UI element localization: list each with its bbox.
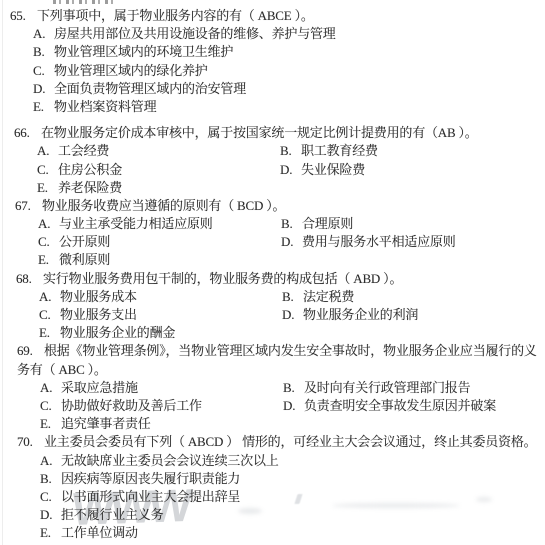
question-67: 67.物业服务收费应当遵循的原则有（ BCD ）。 A.与业主承受能力相适应原则… (0, 197, 545, 270)
option-row: A.无故缺席业主委员会会议连续三次以上 (0, 452, 545, 470)
option-label: D. (282, 306, 303, 324)
option-text: 工作单位调动 (61, 524, 138, 542)
option-text: 协助做好救助及善后工作 (61, 397, 202, 415)
option-label: B. (281, 215, 302, 233)
option-label: C. (37, 161, 58, 179)
option-text: 物业管理区域内的绿化养护 (54, 62, 208, 80)
question-65: 65.下列事项中，属于物业服务内容的有（ ABCE ）。 A.房屋共用部位及共用… (0, 7, 545, 116)
option-b: B.法定税费 (282, 288, 354, 306)
option-label: B. (33, 43, 54, 61)
option-label: E. (39, 324, 60, 342)
option-label: B. (283, 379, 304, 397)
option-e: E.工作单位调动 (40, 524, 138, 542)
option-label: B. (280, 142, 301, 160)
option-label: C. (40, 397, 61, 415)
option-text: 追究肇事者责任 (61, 415, 151, 433)
option-text: 物业管理区域内的环境卫生维护 (54, 43, 233, 61)
option-d: D.失业保险费 (280, 161, 365, 179)
option-text: 费用与服务水平相适应原则 (302, 233, 456, 251)
option-label: E. (38, 251, 59, 269)
option-a: A.工会经费 (37, 142, 280, 160)
question-66: 66.在物业服务定价成本审核中，属于按国家统一规定比例计提费用的有（AB ）。 … (0, 124, 545, 197)
option-a: A.房屋共用部位及共用设施设备的维修、养护与管理 (33, 25, 336, 43)
option-text: 房屋共用部位及共用设施设备的维修、养护与管理 (54, 25, 336, 43)
option-row: D.拒不履行业主义务 (0, 506, 545, 524)
option-row: C.住房公积金 D.失业保险费 (0, 161, 545, 179)
option-row: E.追究肇事者责任 (0, 415, 545, 433)
option-text: 全面负责物管理区域内的治安管理 (54, 80, 246, 98)
option-label: A. (33, 25, 54, 43)
option-e: E.养老保险费 (37, 179, 280, 197)
option-text: 失业保险费 (301, 161, 365, 179)
option-row: C.协助做好救助及善后工作 D.负责查明安全事故发生原因并破案 (0, 397, 545, 415)
option-c: C.以书面形式向业主大会提出辞呈 (40, 488, 240, 506)
option-text: 物业服务企业的酬金 (60, 324, 175, 342)
option-e: E.物业档案资料管理 (33, 98, 156, 116)
option-c: C.住房公积金 (37, 161, 280, 179)
option-row: C.物业管理区域内的绿化养护 (0, 62, 545, 80)
option-row: C.物业服务支出 D.物业服务企业的利润 (0, 306, 545, 324)
option-row: D.全面负责物管理区域内的治安管理 (0, 80, 545, 98)
question-stem-text: 务有（ ABC ）。 (17, 362, 107, 377)
option-row: B.物业管理区域内的环境卫生维护 (0, 43, 545, 61)
question-stem-text: 物业服务收费应当遵循的原则有（ BCD ）。 (42, 198, 285, 213)
option-label: A. (40, 379, 61, 397)
question-number: 65. (10, 7, 37, 25)
question-stem-text: 在物业服务定价成本审核中，属于按国家统一规定比例计提费用的有（AB ）。 (41, 125, 478, 140)
option-text: 因疾病等原因丧失履行职责能力 (61, 470, 240, 488)
option-a: A.无故缺席业主委员会会议连续三次以上 (40, 452, 279, 470)
option-b: B.物业管理区域内的环境卫生维护 (33, 43, 233, 61)
option-text: 物业档案资料管理 (54, 98, 156, 116)
question-number: 67. (15, 197, 42, 215)
option-row: B.因疾病等原因丧失履行职责能力 (0, 470, 545, 488)
option-a: A.与业主承受能力相适应原则 (38, 215, 281, 233)
option-row: E.物业服务企业的酬金 (0, 324, 545, 342)
question-stem: 65.下列事项中，属于物业服务内容的有（ ABCE ）。 (0, 7, 545, 25)
option-text: 合理原则 (302, 215, 353, 233)
option-b: B.职工教育经费 (280, 142, 378, 160)
question-70: 70.业主委员会委员有下列（ ABCD ） 情形的，可经业主大会会议通过，终止其… (0, 433, 545, 542)
option-label: D. (281, 233, 302, 251)
option-row: E.工作单位调动 (0, 524, 545, 542)
option-text: 负责查明安全事故发生原因并破案 (304, 397, 496, 415)
option-text: 微利原则 (59, 251, 110, 269)
question-stem: 67.物业服务收费应当遵循的原则有（ BCD ）。 (0, 197, 545, 215)
option-a: A.采取应急措施 (40, 379, 283, 397)
option-label: D. (280, 161, 301, 179)
option-d: D.负责查明安全事故发生原因并破案 (283, 397, 496, 415)
option-label: A. (37, 142, 58, 160)
option-c: C.物业管理区域内的绿化养护 (33, 62, 208, 80)
option-label: C. (33, 62, 54, 80)
option-label: C. (38, 233, 59, 251)
option-label: A. (39, 288, 60, 306)
option-label: D. (33, 80, 54, 98)
option-label: E. (33, 98, 54, 116)
cut-off-text-fragment (53, 0, 115, 4)
option-text: 物业服务企业的利润 (303, 306, 418, 324)
question-stem: 66.在物业服务定价成本审核中，属于按国家统一规定比例计提费用的有（AB ）。 (0, 124, 545, 142)
option-b: B.因疾病等原因丧失履行职责能力 (40, 470, 240, 488)
question-number: 66. (14, 124, 41, 142)
option-text: 法定税费 (303, 288, 354, 306)
option-label: C. (39, 306, 60, 324)
option-c: C.公开原则 (38, 233, 281, 251)
exam-page: 65.下列事项中，属于物业服务内容的有（ ABCE ）。 A.房屋共用部位及共用… (0, 0, 545, 545)
option-c: C.协助做好救助及善后工作 (40, 397, 283, 415)
question-68: 68.实行物业服务费用包干制的，物业服务费的构成包括（ ABD ）。 A.物业服… (0, 270, 545, 343)
option-e: E.追究肇事者责任 (40, 415, 283, 433)
option-row: E.微利原则 (0, 251, 545, 269)
option-row: C.以书面形式向业主大会提出辞呈 (0, 488, 545, 506)
option-label: E. (37, 179, 58, 197)
question-stem-text: 根据《物业管理条例》，当物业管理区域内发生安全事故时，物业服务企业应当履行的义 (44, 343, 537, 358)
option-b: B.及时向有关行政管理部门报告 (283, 379, 470, 397)
option-e: E.微利原则 (38, 251, 281, 269)
question-number: 68. (16, 270, 43, 288)
option-row: C.公开原则 D.费用与服务水平相适应原则 (0, 233, 545, 251)
question-number: 70. (17, 433, 44, 451)
option-label: D. (283, 397, 304, 415)
option-text: 物业服务支出 (60, 306, 137, 324)
option-d: D.物业服务企业的利润 (282, 306, 418, 324)
option-row: E.物业档案资料管理 (0, 98, 545, 116)
option-text: 职工教育经费 (301, 142, 378, 160)
option-c: C.物业服务支出 (39, 306, 282, 324)
option-label: E. (40, 524, 61, 542)
question-69: 69.根据《物业管理条例》，当物业管理区域内发生安全事故时，物业服务企业应当履行… (0, 342, 545, 433)
option-row: A.工会经费 B.职工教育经费 (0, 142, 545, 160)
option-row: A.与业主承受能力相适应原则 B.合理原则 (0, 215, 545, 233)
option-text: 及时向有关行政管理部门报告 (304, 379, 470, 397)
option-row: A.采取应急措施 B.及时向有关行政管理部门报告 (0, 379, 545, 397)
option-text: 以书面形式向业主大会提出辞呈 (61, 488, 240, 506)
question-stem-text: 实行物业服务费用包干制的，物业服务费的构成包括（ ABD ）。 (43, 271, 402, 286)
option-label: A. (40, 452, 61, 470)
option-text: 无故缺席业主委员会会议连续三次以上 (61, 452, 279, 470)
option-label: E. (40, 415, 61, 433)
option-a: A.物业服务成本 (39, 288, 282, 306)
option-b: B.合理原则 (281, 215, 353, 233)
question-stem: 69.根据《物业管理条例》，当物业管理区域内发生安全事故时，物业服务企业应当履行… (0, 342, 545, 360)
option-e: E.物业服务企业的酬金 (39, 324, 282, 342)
option-text: 住房公积金 (58, 161, 122, 179)
option-text: 与业主承受能力相适应原则 (59, 215, 213, 233)
option-row: A.物业服务成本 B.法定税费 (0, 288, 545, 306)
option-d: D.全面负责物管理区域内的治安管理 (33, 80, 246, 98)
option-row: E.养老保险费 (0, 179, 545, 197)
question-number: 69. (17, 342, 44, 360)
option-label: D. (40, 506, 61, 524)
option-label: C. (40, 488, 61, 506)
question-stem: 70.业主委员会委员有下列（ ABCD ） 情形的，可经业主大会会议通过，终止其… (0, 433, 545, 451)
question-stem: 68.实行物业服务费用包干制的，物业服务费的构成包括（ ABD ）。 (0, 270, 545, 288)
option-text: 拒不履行业主义务 (61, 506, 163, 524)
option-row: A.房屋共用部位及共用设施设备的维修、养护与管理 (0, 25, 545, 43)
option-d: D.拒不履行业主义务 (40, 506, 163, 524)
option-label: A. (38, 215, 59, 233)
option-text: 物业服务成本 (60, 288, 137, 306)
question-stem-text: 下列事项中，属于物业服务内容的有（ ABCE ）。 (37, 8, 314, 23)
question-stem-text: 业主委员会委员有下列（ ABCD ） 情形的，可经业主大会会议通过，终止其委员资… (44, 434, 536, 449)
option-text: 工会经费 (58, 142, 109, 160)
option-text: 公开原则 (59, 233, 110, 251)
option-text: 养老保险费 (58, 179, 122, 197)
option-label: B. (40, 470, 61, 488)
option-d: D.费用与服务水平相适应原则 (281, 233, 456, 251)
option-text: 采取应急措施 (61, 379, 138, 397)
question-stem-wrap: 务有（ ABC ）。 (0, 361, 545, 379)
option-label: B. (282, 288, 303, 306)
